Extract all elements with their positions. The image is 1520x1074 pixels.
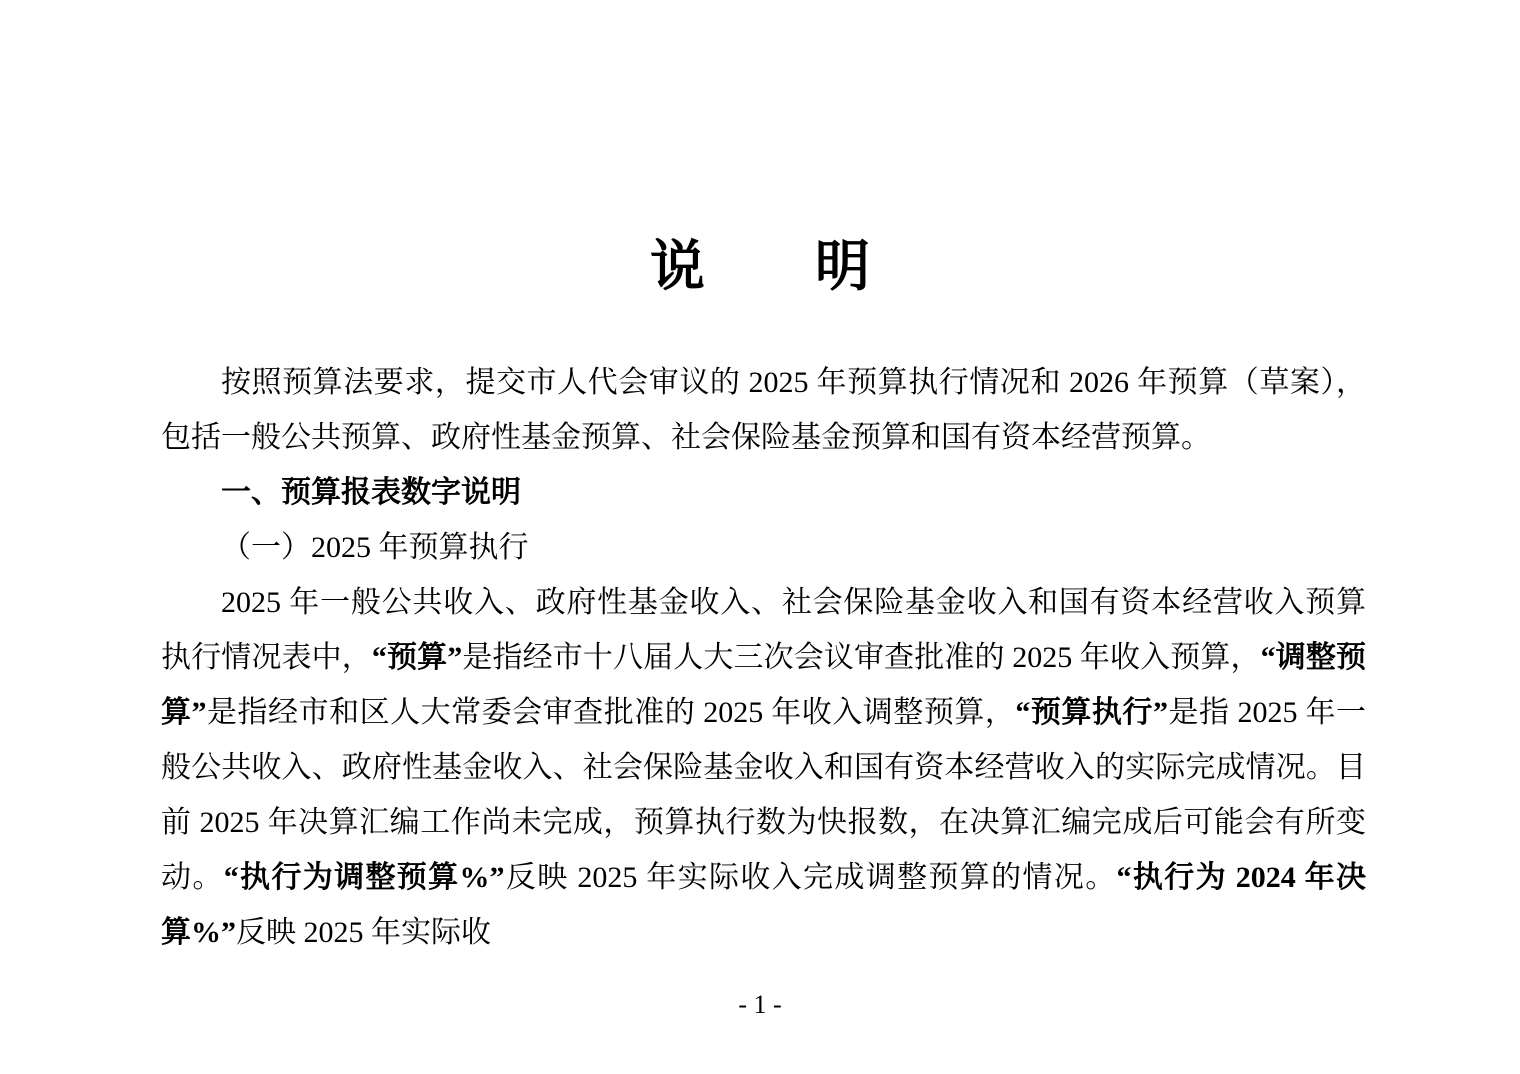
text-run: 按照预算法要求，提交市人代会审议的 2025 年预算执行情况和 2026 年预算… [161, 366, 1366, 454]
text-run: 反映 2025 年实际收入完成调整预算的情况。 [505, 861, 1117, 894]
paragraph-intro: 按照预算法要求，提交市人代会审议的 2025 年预算执行情况和 2026 年预算… [161, 355, 1366, 465]
text-run: 是指经市十八届人大三次会议审查批准的 2025 年收入预算， [462, 641, 1260, 674]
document-page: 说 明 按照预算法要求，提交市人代会审议的 2025 年预算执行情况和 2026… [0, 0, 1520, 1074]
page-title: 说 明 [0, 0, 1520, 297]
page-number: - 1 - [0, 990, 1520, 1020]
bold-text-run: “预算执行” [1015, 696, 1168, 729]
text-run: 反映 2025 年实际收 [236, 916, 491, 949]
document-body: 按照预算法要求，提交市人代会审议的 2025 年预算执行情况和 2026 年预算… [161, 355, 1366, 960]
text-run: 是指经市和区人大常委会审查批准的 2025 年收入调整预算， [207, 696, 1016, 729]
bold-text-run: “预算” [372, 641, 462, 674]
section-heading: 一、预算报表数字说明 [161, 465, 1366, 520]
subsection-heading: （一）2025 年预算执行 [161, 520, 1366, 575]
bold-text-run: “执行为调整预算%” [224, 861, 505, 894]
paragraph-budget-execution: 2025 年一般公共收入、政府性基金收入、社会保险基金收入和国有资本经营收入预算… [161, 575, 1366, 960]
